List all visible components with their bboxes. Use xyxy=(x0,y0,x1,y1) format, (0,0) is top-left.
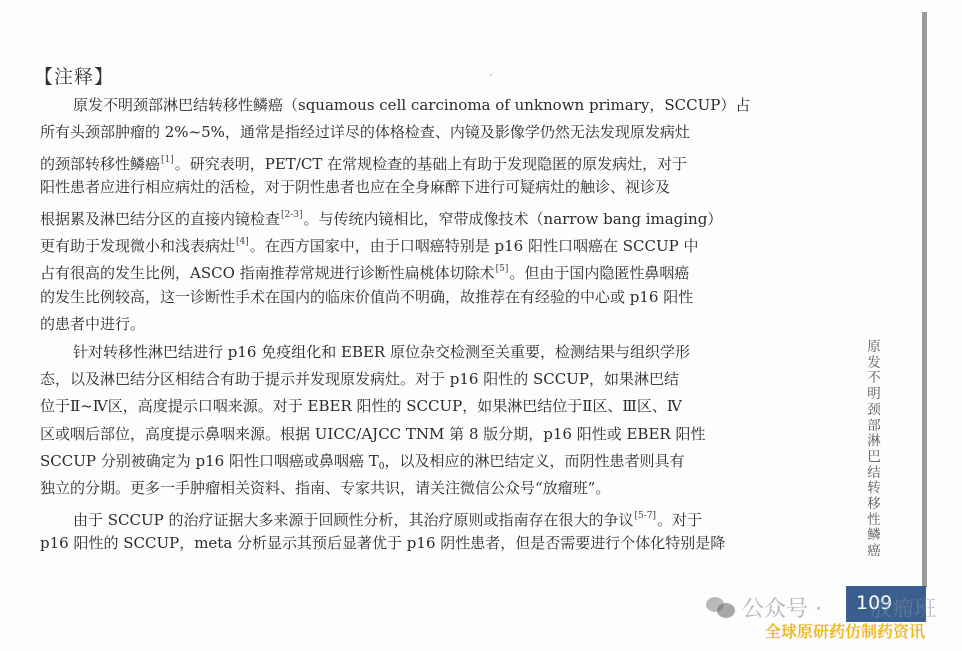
text-line: 根据累及淋巴结分区的直接内镜检查[2-3]。与传统内镜相比，窄带成像技术（nar… xyxy=(40,202,840,229)
text-line: 更有助于发现微小和浅表病灶[4]。在西方国家中，由于口咽癌特别是 p16 阳性口… xyxy=(40,229,840,256)
text-line: 阳性患者应进行相应病灶的活检，对于阴性患者也应在全身麻醉下进行可疑病灶的触诊、视… xyxy=(40,174,840,201)
citation-ref: [5] xyxy=(496,264,509,274)
overlay-caption: 全球原研药仿制药资讯 xyxy=(765,619,925,642)
text-line: 占有很高的发生比例，ASCO 指南推荐常规进行诊断性扁桃体切除术[5]。但由于国… xyxy=(40,256,840,283)
chapter-side-title: 原发不明颈部淋巴结转移性鳞癌 xyxy=(866,340,882,560)
margin-rule xyxy=(922,12,927,587)
text-line: 所有头颈部肿瘤的 2%~5%，通常是指经过详尽的体格检查、内镜及影像学仍然无法发… xyxy=(40,119,840,146)
text-line: 位于Ⅱ~Ⅳ区，高度提示口咽来源。对于 EBER 阳性的 SCCUP，如果淋巴结位… xyxy=(40,393,840,420)
scan-speck xyxy=(490,74,492,76)
section-heading: 【注释】 xyxy=(34,62,114,89)
book-page: 【注释】 原发不明颈部淋巴结转移性鳞癌（squamous cell carcin… xyxy=(0,0,962,651)
text-line: p16 阳性的 SCCUP，meta 分析显示其预后显著优于 p16 阴性患者，… xyxy=(40,530,840,557)
text-line: 独立的分期。更多一手肿瘤相关资料、指南、专家共识，请关注微信公众号“放瘤班”。 xyxy=(40,475,840,502)
wechat-icon xyxy=(706,597,736,619)
citation-ref: [2-3] xyxy=(281,210,303,220)
text-line: 的颈部转移性鳞癌[1]。研究表明，PET/CT 在常规检查的基础上有助于发现隐匿… xyxy=(40,147,840,174)
citation-ref: [1] xyxy=(161,155,174,165)
text-line: 由于 SCCUP 的治疗证据大多来源于回顾性分析，其治疗原则或指南存在很大的争议… xyxy=(40,503,840,530)
citation-ref: [5-7] xyxy=(635,511,657,521)
text-line: SCCUP 分别被确定为 p16 阳性口咽癌或鼻咽癌 T0，以及相应的淋巴结定义… xyxy=(40,448,840,475)
text-line: 态，以及淋巴结分区相结合有助于提示并发现原发病灶。对于 p16 阳性的 SCCU… xyxy=(40,366,840,393)
body-text: 原发不明颈部淋巴结转移性鳞癌（squamous cell carcinoma o… xyxy=(40,92,840,558)
text-line: 区或咽后部位，高度提示鼻咽来源。根据 UICC/AJCC TNM 第 8 版分期… xyxy=(40,421,840,448)
text-line: 原发不明颈部淋巴结转移性鳞癌（squamous cell carcinoma o… xyxy=(40,92,840,119)
text-line: 针对转移性淋巴结进行 p16 免疫组化和 EBER 原位杂交检测至关重要，检测结… xyxy=(40,339,840,366)
text-line: 的发生比例较高，这一诊断性手术在国内的临床价值尚不明确，故推荐在有经验的中心或 … xyxy=(40,284,840,311)
text-line: 的患者中进行。 xyxy=(40,311,840,338)
citation-ref: [4] xyxy=(236,237,249,247)
